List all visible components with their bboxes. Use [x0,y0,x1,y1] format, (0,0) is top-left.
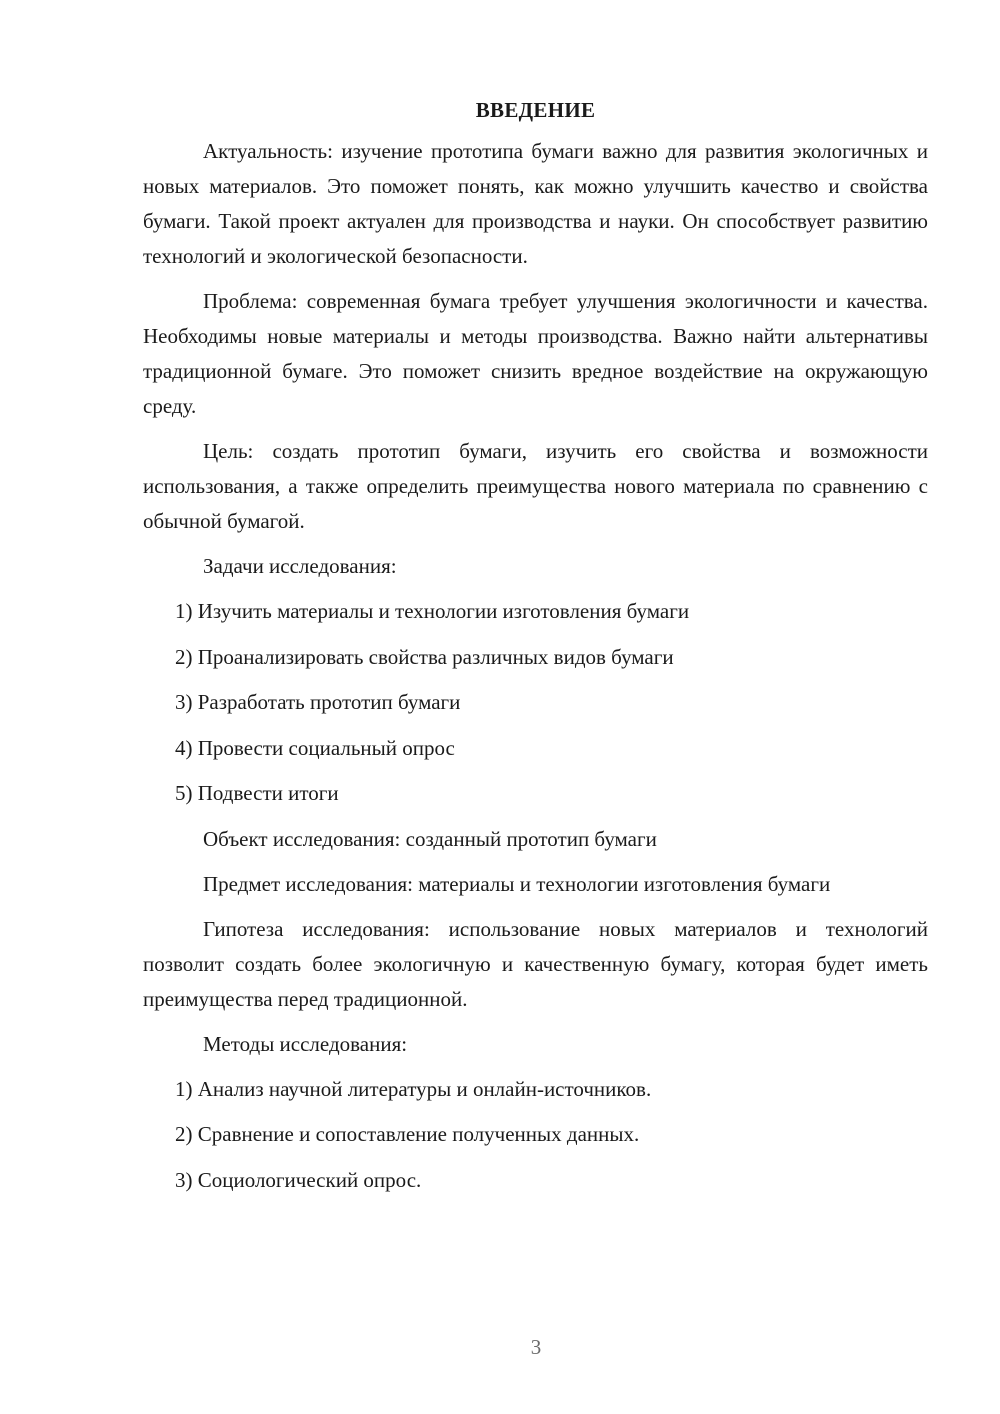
document-page: ВВЕДЕНИЕ Актуальность: изучение прототип… [0,0,1000,1414]
methods-list: 1) Анализ научной литературы и онлайн-ис… [143,1072,928,1198]
hypothesis-paragraph: Гипотеза исследования: использование нов… [143,912,928,1017]
method-item: 1) Анализ научной литературы и онлайн-ис… [143,1072,928,1107]
task-item: 2) Проанализировать свойства различных в… [143,640,928,675]
object-paragraph: Объект исследования: созданный прототип … [143,822,928,857]
methods-heading: Методы исследования: [143,1027,928,1062]
section-title: ВВЕДЕНИЕ [143,93,928,128]
page-content: ВВЕДЕНИЕ Актуальность: изучение прототип… [143,93,928,1208]
relevance-paragraph: Актуальность: изучение прототипа бумаги … [143,134,928,274]
page-number: 3 [36,1335,1000,1360]
task-item: 4) Провести социальный опрос [143,731,928,766]
problem-paragraph: Проблема: современная бумага требует улу… [143,284,928,424]
goal-paragraph: Цель: создать прототип бумаги, изучить е… [143,434,928,539]
tasks-list: 1) Изучить материалы и технологии изгото… [143,594,928,811]
task-item: 5) Подвести итоги [143,776,928,811]
method-item: 3) Социологический опрос. [143,1163,928,1198]
tasks-heading: Задачи исследования: [143,549,928,584]
method-item: 2) Сравнение и сопоставление полученных … [143,1117,928,1152]
subject-paragraph: Предмет исследования: материалы и технол… [143,867,928,902]
task-item: 1) Изучить материалы и технологии изгото… [143,594,928,629]
task-item: 3) Разработать прототип бумаги [143,685,928,720]
